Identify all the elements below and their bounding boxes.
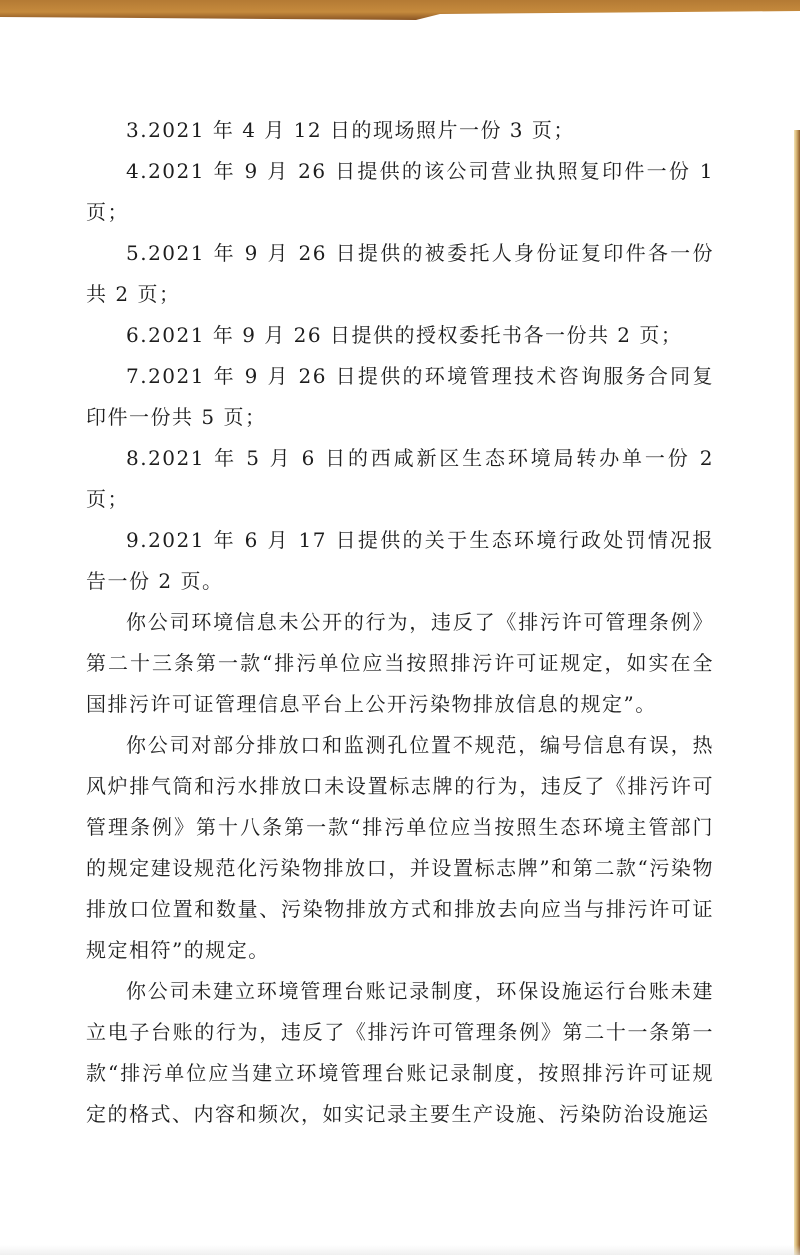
violation-discharge-outlet: 你公司对部分排放口和监测孔位置不规范，编号信息有误，热风炉排气筒和污水排放口未设… xyxy=(86,725,714,971)
desk-background-right xyxy=(794,130,800,1255)
desk-background-top xyxy=(0,0,800,20)
evidence-item-6: 6.2021 年 9 月 26 日提供的授权委托书各一份共 2 页； xyxy=(86,315,714,356)
violation-ledger-records: 你公司未建立环境管理台账记录制度，环保设施运行台账未建立电子台账的行为，违反了《… xyxy=(86,971,714,1135)
page-bottom-shadow xyxy=(0,1245,800,1255)
document-photo: 3.2021 年 4 月 12 日的现场照片一份 3 页； 4.2021 年 9… xyxy=(0,0,800,1255)
violation-info-disclosure: 你公司环境信息未公开的行为，违反了《排污许可管理条例》第二十三条第一款“排污单位… xyxy=(86,602,714,725)
evidence-item-4: 4.2021 年 9 月 26 日提供的该公司营业执照复印件一份 1 页； xyxy=(86,151,714,233)
evidence-item-3: 3.2021 年 4 月 12 日的现场照片一份 3 页； xyxy=(86,110,714,151)
evidence-item-9: 9.2021 年 6 月 17 日提供的关于生态环境行政处罚情况报告一份 2 页… xyxy=(86,520,714,602)
evidence-item-8: 8.2021 年 5 月 6 日的西咸新区生态环境局转办单一份 2 页； xyxy=(86,438,714,520)
evidence-item-5: 5.2021 年 9 月 26 日提供的被委托人身份证复印件各一份共 2 页； xyxy=(86,233,714,315)
document-body: 3.2021 年 4 月 12 日的现场照片一份 3 页； 4.2021 年 9… xyxy=(86,110,714,1135)
evidence-item-7: 7.2021 年 9 月 26 日提供的环境管理技术咨询服务合同复印件一份共 5… xyxy=(86,356,714,438)
